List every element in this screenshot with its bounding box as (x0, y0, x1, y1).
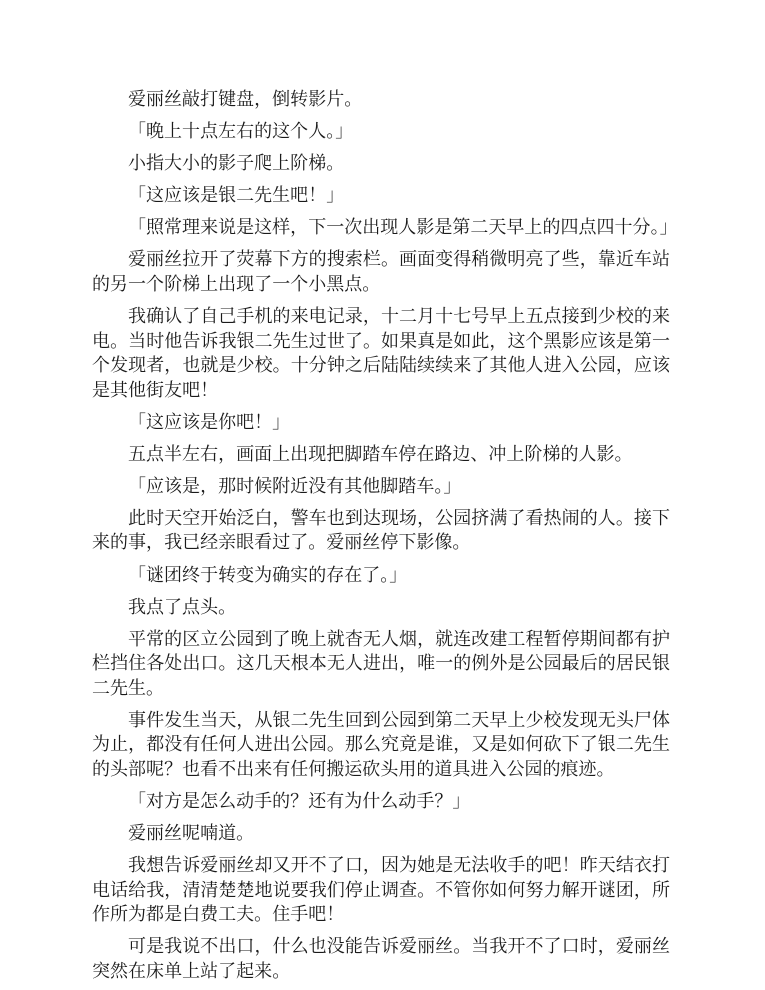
paragraph: 「这应该是银二先生吧！」 (92, 184, 670, 209)
paragraph: 「对方是怎么动手的？还有为什么动手？」 (92, 790, 670, 815)
paragraph: 我确认了自己手机的来电记录，十二月十七号早上五点接到少校的来电。当时他告诉我银二… (92, 305, 670, 403)
paragraph: 此时天空开始泛白，警车也到达现场，公园挤满了看热闹的人。接下来的事，我已经亲眼看… (92, 507, 670, 556)
paragraph: 「这应该是你吧！」 (92, 411, 670, 436)
paragraph: 「应该是，那时候附近没有其他脚踏车。」 (92, 475, 670, 500)
paragraph: 「照常理来说是这样，下一次出现人影是第二天早上的四点四十分。」 (92, 216, 670, 241)
paragraph: 「晚上十点左右的这个人。」 (92, 120, 670, 145)
paragraph: 平常的区立公园到了晚上就杳无人烟，就连改建工程暂停期间都有护栏挡住各处出口。这几… (92, 628, 670, 702)
document-page: 爱丽丝敲打键盘，倒转影片。 「晚上十点左右的这个人。」 小指大小的影子爬上阶梯。… (92, 88, 670, 990)
paragraph: 我点了点头。 (92, 596, 670, 621)
paragraph: 爱丽丝敲打键盘，倒转影片。 (92, 88, 670, 113)
paragraph: 爱丽丝呢喃道。 (92, 822, 670, 847)
paragraph: 五点半左右，画面上出现把脚踏车停在路边、冲上阶梯的人影。 (92, 443, 670, 468)
paragraph: 爱丽丝拉开了荧幕下方的搜索栏。画面变得稍微明亮了些，靠近车站的另一个阶梯上出现了… (92, 248, 670, 297)
paragraph: 事件发生当天，从银二先生回到公园到第二天早上少校发现无头尸体为止，都没有任何人进… (92, 709, 670, 783)
paragraph: 小指大小的影子爬上阶梯。 (92, 152, 670, 177)
paragraph: 可是我说不出口，什么也没能告诉爱丽丝。当我开不了口时，爱丽丝突然在床单上站了起来… (92, 935, 670, 984)
paragraph: 「谜团终于转变为确实的存在了。」 (92, 564, 670, 589)
paragraph: 我想告诉爱丽丝却又开不了口，因为她是无法收手的吧！昨天结衣打电话给我，清清楚楚地… (92, 854, 670, 928)
